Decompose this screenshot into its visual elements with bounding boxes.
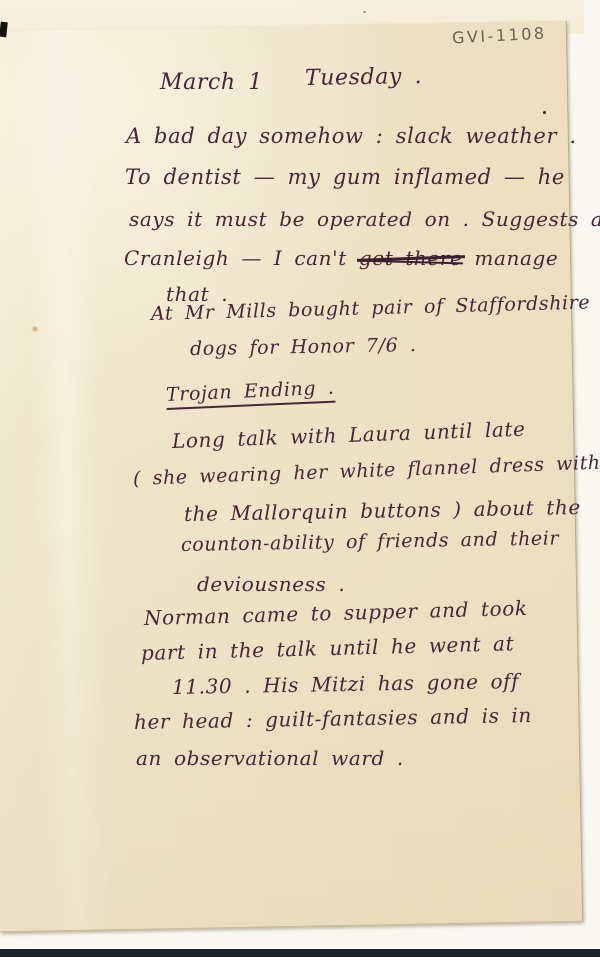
diary-line-with-strike: Cranleigh — I can't get there manage (124, 246, 558, 270)
diary-line: an observational ward . (136, 746, 404, 770)
diary-line: deviousness . (197, 572, 345, 596)
diary-line: says it must be operated on . Suggests a… (129, 207, 600, 231)
entry-date: March 1 (160, 70, 263, 95)
scan-bottom-bar (0, 949, 600, 957)
strike-line-after: manage (462, 246, 558, 270)
ink-fleck (543, 111, 546, 114)
strike-line-before: Cranleigh — I can't (124, 246, 359, 270)
diary-line: To dentist — my gum inflamed — he (125, 165, 565, 189)
entry-day: Tuesday . (305, 64, 423, 91)
dust-speck (363, 11, 366, 13)
diary-line: dogs for Honor 7/6 . (190, 334, 417, 360)
diary-line: A bad day somehow : slack weather . (126, 124, 577, 148)
foxing-spot (31, 326, 39, 332)
struck-out-text: get there (359, 246, 463, 270)
scanned-diary-page: GVI-1108 March 1 Tuesday . A bad day som… (0, 0, 600, 960)
